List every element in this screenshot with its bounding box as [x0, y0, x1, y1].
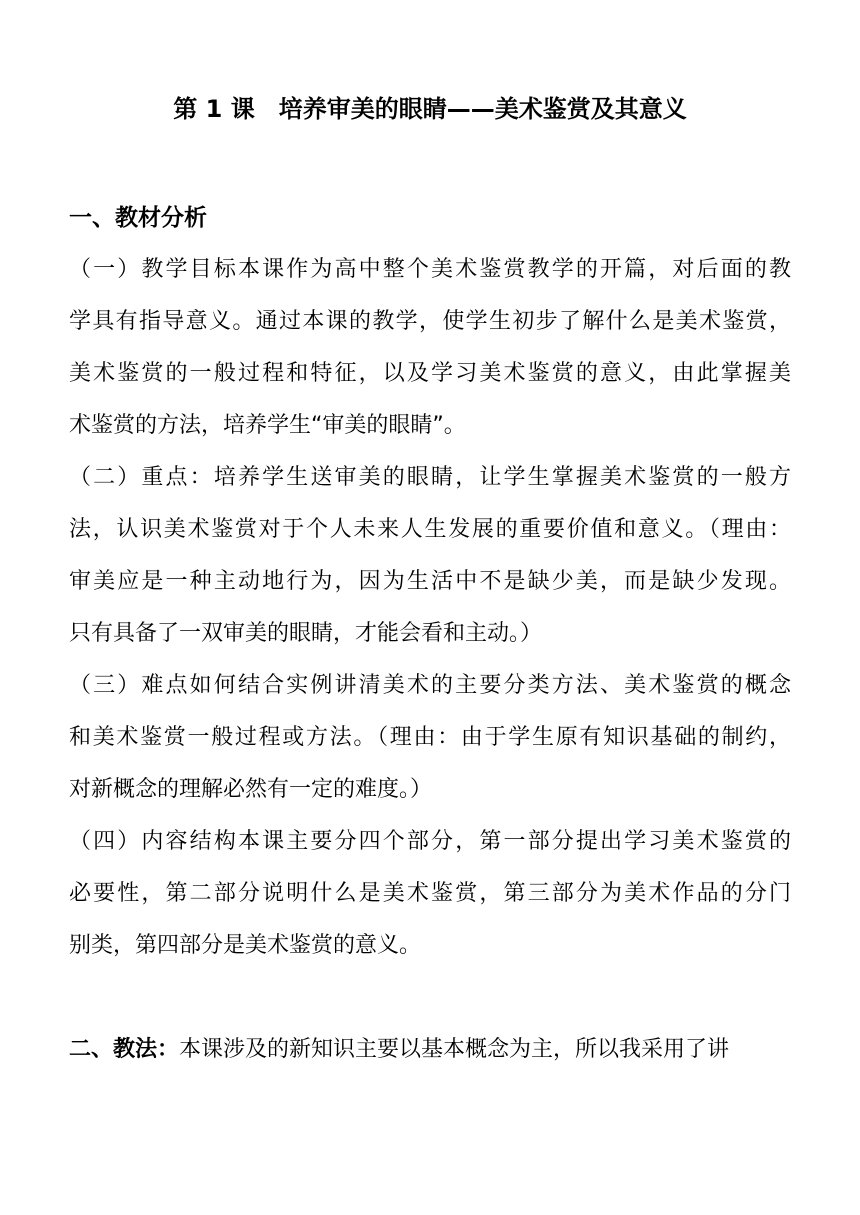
paragraph-content-structure: （四）内容结构本课主要分四个部分，第一部分提出学习美术鉴赏的 必要性，第二部分说… — [69, 816, 791, 972]
text-line: 学具有指导意义。通过本课的教学，使学生初步了解什么是美术鉴赏， — [69, 296, 791, 348]
section-heading-method: 二、教法： — [69, 1037, 179, 1062]
document-page: 第 1 课 培养审美的眼睛——美术鉴赏及其意义 一、教材分析 （一）教学目标本课… — [69, 0, 791, 1076]
text-line: 术鉴赏的方法，培养学生“审美的眼睛”。 — [69, 400, 791, 452]
text-line: （二）重点：培养学生送审美的眼睛，让学生掌握美术鉴赏的一般方 — [69, 452, 791, 504]
paragraph-teaching-method: 二、教法：本课涉及的新知识主要以基本概念为主，所以我采用了讲 — [69, 1024, 791, 1076]
text-line: 和美术鉴赏一般过程或方法。（理由：由于学生原有知识基础的制约， — [69, 712, 791, 764]
text-line: 对新概念的理解必然有一定的难度。） — [69, 764, 791, 816]
text-line: （四）内容结构本课主要分四个部分，第一部分提出学习美术鉴赏的 — [69, 816, 791, 868]
section-heading-analysis: 一、教材分析 — [69, 192, 791, 244]
text-line: 本课涉及的新知识主要以基本概念为主，所以我采用了讲 — [179, 1037, 729, 1062]
text-line: 审美应是一种主动地行为，因为生活中不是缺少美，而是缺少发现。 — [69, 556, 791, 608]
text-line: （三）难点如何结合实例讲清美术的主要分类方法、美术鉴赏的概念 — [69, 660, 791, 712]
paragraph-goals: （一）教学目标本课作为高中整个美术鉴赏教学的开篇，对后面的教 学具有指导意义。通… — [69, 244, 791, 452]
paragraph-difficulties: （三）难点如何结合实例讲清美术的主要分类方法、美术鉴赏的概念 和美术鉴赏一般过程… — [69, 660, 791, 816]
text-line: 只有具备了一双审美的眼睛，才能会看和主动。） — [69, 608, 791, 660]
text-line: 别类，第四部分是美术鉴赏的意义。 — [69, 920, 791, 972]
document-title: 第 1 课 培养审美的眼睛——美术鉴赏及其意义 — [69, 94, 791, 124]
text-line: （一）教学目标本课作为高中整个美术鉴赏教学的开篇，对后面的教 — [69, 244, 791, 296]
paragraph-key-points: （二）重点：培养学生送审美的眼睛，让学生掌握美术鉴赏的一般方 法，认识美术鉴赏对… — [69, 452, 791, 660]
text-line: 美术鉴赏的一般过程和特征，以及学习美术鉴赏的意义，由此掌握美 — [69, 348, 791, 400]
text-line: 必要性，第二部分说明什么是美术鉴赏，第三部分为美术作品的分门 — [69, 868, 791, 920]
text-line: 法，认识美术鉴赏对于个人未来人生发展的重要价值和意义。（理由： — [69, 504, 791, 556]
